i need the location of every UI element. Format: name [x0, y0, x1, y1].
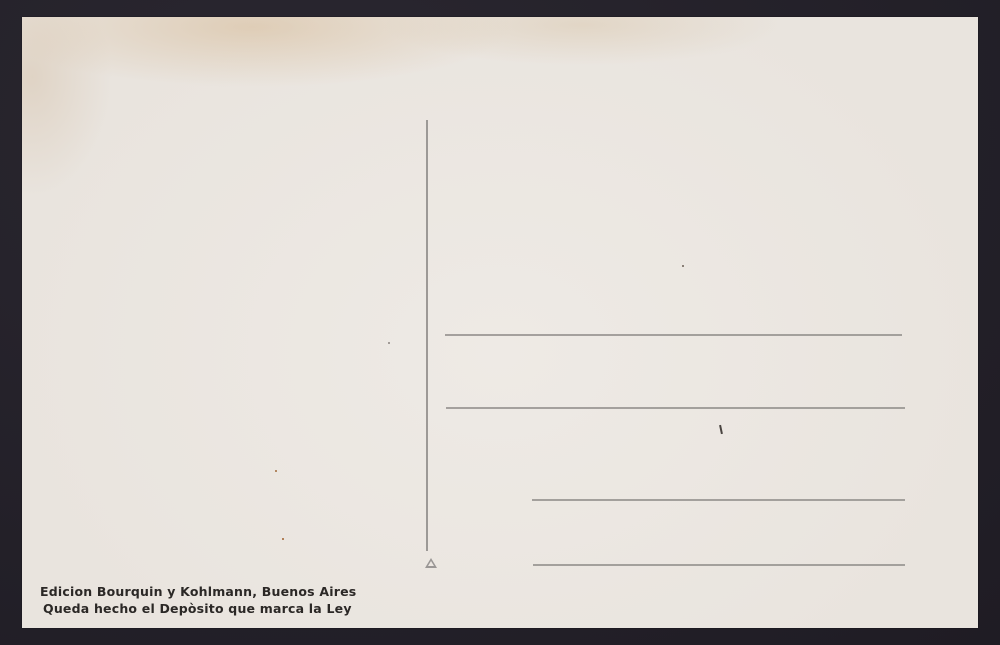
message-address-divider: [426, 120, 428, 551]
address-line-1: [445, 334, 902, 336]
ink-speck: [719, 425, 723, 434]
legal-deposit-notice: Queda hecho el Depòsito que marca la Ley: [40, 600, 356, 617]
address-line-4: [533, 564, 905, 566]
publisher-imprint: Edicion Bourquin y Kohlmann, Buenos Aire…: [40, 583, 356, 617]
paper-speck: [282, 538, 284, 540]
paper-speck: [275, 470, 277, 472]
publisher-name: Edicion Bourquin y Kohlmann, Buenos Aire…: [40, 584, 356, 599]
paper-speck: [682, 265, 684, 267]
postcard-back: Edicion Bourquin y Kohlmann, Buenos Aire…: [22, 17, 978, 628]
address-line-2: [446, 407, 905, 409]
address-line-3: [532, 499, 905, 501]
triangle-mark-icon: [425, 558, 437, 568]
paper-speck: [388, 342, 390, 344]
